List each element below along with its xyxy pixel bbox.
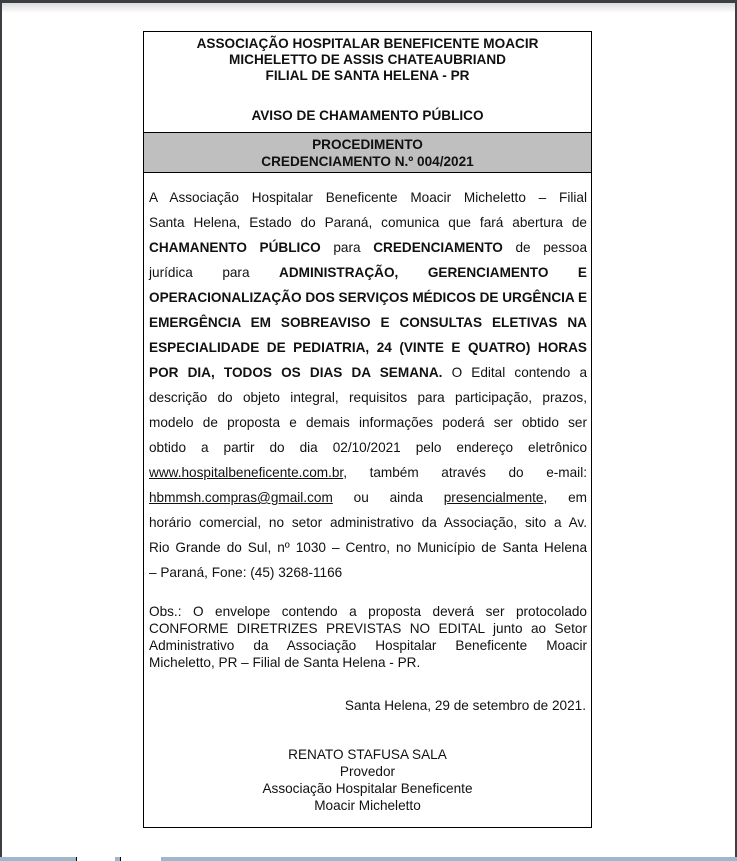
website-link[interactable]: www.hospitalbeneficente.com.br bbox=[149, 465, 343, 480]
bold-term: CHAMANENTO PÚBLICO bbox=[149, 240, 321, 255]
signer-role: Provedor bbox=[144, 763, 591, 780]
body-line: www.hospitalbeneficente.com.br, também a… bbox=[149, 460, 587, 485]
notice-title: AVISO DE CHAMAMENTO PÚBLICO bbox=[144, 108, 591, 123]
viewer-bottom-strip bbox=[0, 857, 737, 861]
body-line: ESPECIALIDADE DE PEDIATRIA, 24 (VINTE E … bbox=[149, 335, 587, 360]
body-line: hbmmsh.compras@gmail.com ou ainda presen… bbox=[149, 485, 587, 510]
org-line-3: FILIAL DE SANTA HELENA - PR bbox=[144, 68, 591, 84]
body-line: EMERGÊNCIA EM SOBREAVISO E CONSULTAS ELE… bbox=[149, 310, 587, 335]
body-line: Rio Grande do Sul, nº 1030 – Centro, no … bbox=[149, 535, 587, 560]
org-line-2: MICHELETTO DE ASSIS CHATEAUBRIAND bbox=[144, 52, 591, 68]
body-line: obtido a partir do dia 02/10/2021 pelo e… bbox=[149, 435, 587, 460]
body-line: CHAMANENTO PÚBLICO para CREDENCIAMENTO d… bbox=[149, 235, 587, 260]
body-line: – Paraná, Fone: (45) 3268-1166 bbox=[149, 560, 587, 585]
document-page: ASSOCIAÇÃO HOSPITALAR BENEFICENTE MOACIR… bbox=[2, 3, 735, 857]
observation-paragraph: Obs.: O envelope contendo a proposta dev… bbox=[149, 603, 587, 671]
body-line: descrição do objeto integral, requisitos… bbox=[149, 385, 587, 410]
body-line: Santa Helena, Estado do Paraná, comunica… bbox=[149, 210, 587, 235]
body-line: POR DIA, TODOS OS DIAS DA SEMANA. O Edit… bbox=[149, 360, 587, 385]
organization-header: ASSOCIAÇÃO HOSPITALAR BENEFICENTE MOACIR… bbox=[144, 32, 591, 84]
org-line-1: ASSOCIAÇÃO HOSPITALAR BENEFICENTE MOACIR bbox=[144, 36, 591, 52]
page-top-shadow bbox=[2, 3, 735, 13]
obs-line: Administrativo da Associação Hospitalar … bbox=[149, 637, 587, 654]
bottom-tab bbox=[76, 857, 115, 861]
body-line: A Associação Hospitalar Beneficente Moac… bbox=[149, 185, 587, 210]
email-link[interactable]: hbmmsh.compras@gmail.com bbox=[149, 490, 333, 505]
date-line: Santa Helena, 29 de setembro de 2021. bbox=[345, 698, 586, 713]
body-line: OPERACIONALIZAÇÃO DOS SERVIÇOS MÉDICOS D… bbox=[149, 285, 587, 310]
procedure-label: PROCEDIMENTO bbox=[144, 136, 591, 153]
bold-term: CREDENCIAMENTO bbox=[373, 240, 503, 255]
in-person-text: presencialmente bbox=[444, 490, 544, 505]
signer-name: RENATO STAFUSA SALA bbox=[144, 746, 591, 763]
procedure-number: CREDENCIAMENTO N.º 004/2021 bbox=[144, 153, 591, 170]
notice-frame: ASSOCIAÇÃO HOSPITALAR BENEFICENTE MOACIR… bbox=[143, 31, 592, 828]
obs-line: Micheletto, PR – Filial de Santa Helena … bbox=[149, 654, 587, 671]
body-line: modelo de proposta e demais informações … bbox=[149, 410, 587, 435]
procedure-band: PROCEDIMENTO CREDENCIAMENTO N.º 004/2021 bbox=[144, 132, 591, 173]
signer-org-1: Associação Hospitalar Beneficente bbox=[144, 780, 591, 797]
body-line: horário comercial, no setor administrati… bbox=[149, 510, 587, 535]
notice-body: A Associação Hospitalar Beneficente Moac… bbox=[149, 185, 587, 585]
signer-org-2: Moacir Micheletto bbox=[144, 797, 591, 814]
signature-block: RENATO STAFUSA SALA Provedor Associação … bbox=[144, 746, 591, 814]
body-line: jurídica para ADMINISTRAÇÃO, GERENCIAMEN… bbox=[149, 260, 587, 285]
bottom-tab bbox=[120, 857, 161, 861]
obs-line: Obs.: O envelope contendo a proposta dev… bbox=[149, 603, 587, 620]
obs-line: CONFORME DIRETRIZES PREVISTAS NO EDITAL … bbox=[149, 620, 587, 637]
